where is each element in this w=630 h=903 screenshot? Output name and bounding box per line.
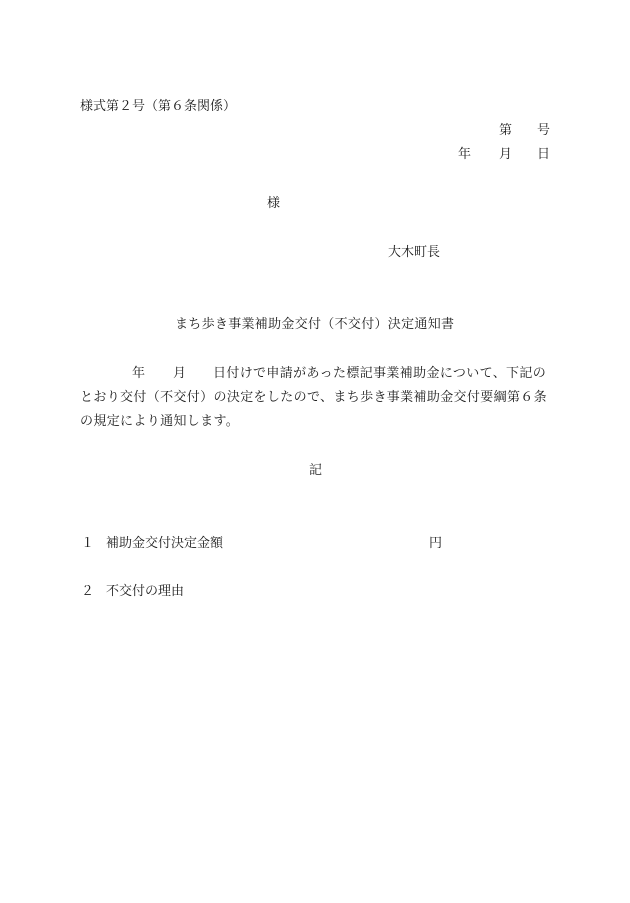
ki-heading: 記 [309, 463, 322, 479]
body-line1-rest: 日付けで申請があった標記事業補助金について、下記の [213, 366, 546, 382]
form-label: 様式第２号（第６条関係） [80, 99, 236, 115]
addressee-suffix: 様 [267, 196, 280, 212]
item-label: 補助金交付決定金額 [106, 536, 223, 552]
body-year: 年 [132, 366, 145, 382]
date-month: 月 [499, 147, 512, 163]
item-unit: 円 [429, 536, 442, 552]
body-line3: の規定により通知します。 [80, 414, 239, 430]
item-number: １ [81, 536, 94, 552]
document-title: まち歩き事業補助金交付（不交付）決定通知書 [175, 317, 454, 333]
issuer: 大木町長 [388, 245, 440, 261]
date-day: 日 [537, 147, 550, 163]
item-number: ２ [81, 584, 94, 600]
date-year: 年 [458, 147, 471, 163]
body-month: 月 [173, 366, 186, 382]
number-dai: 第 [499, 123, 512, 139]
body-line2: とおり交付（不交付）の決定をしたので、まち歩き事業補助金交付要綱第６条 [80, 390, 547, 406]
number-go: 号 [537, 123, 550, 139]
item-label: 不交付の理由 [106, 584, 184, 600]
